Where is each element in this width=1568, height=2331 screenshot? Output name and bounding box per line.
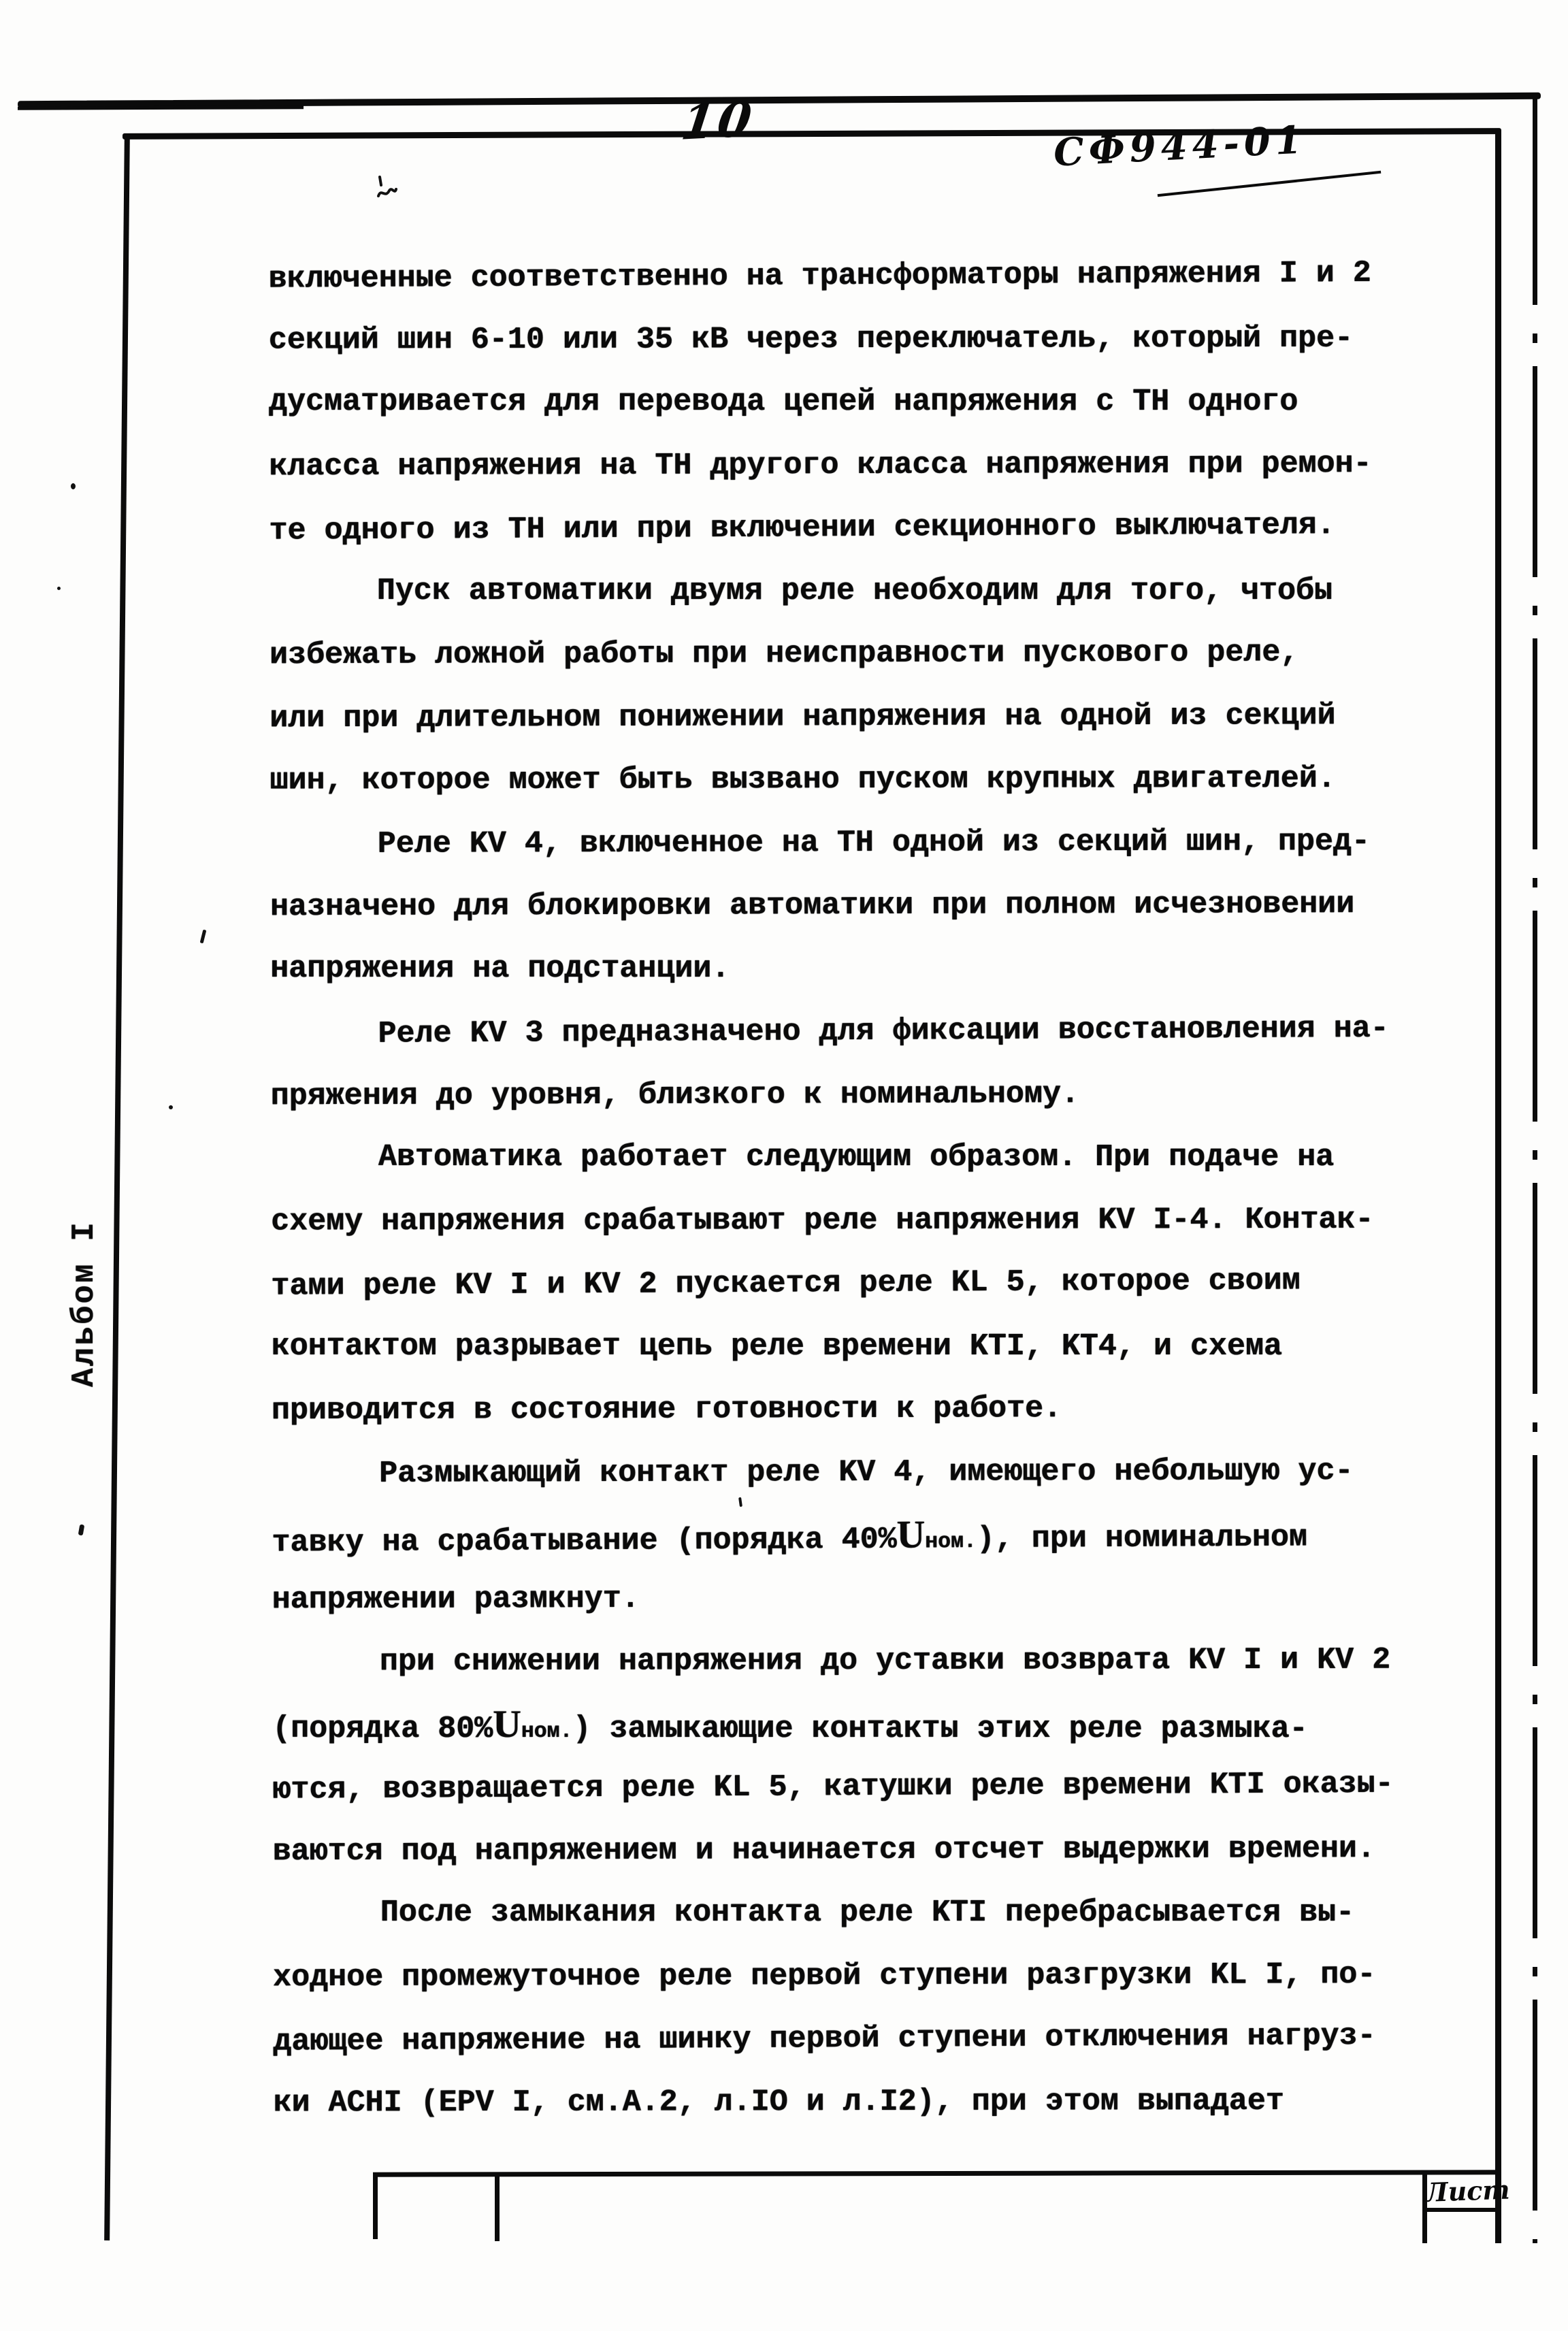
text-line: схему напряжения срабатывают реле напряж… [271, 1188, 1445, 1254]
text-line: (порядка 80%Uном.) замыкающие контакты э… [272, 1693, 1447, 1756]
scan-speck [71, 483, 76, 489]
text-line: Реле KV 3 предназначено для фиксации вос… [270, 997, 1445, 1066]
text-line: пряжения до уровня, близкого к номинальн… [271, 1062, 1445, 1128]
document-code-underline [1158, 171, 1382, 197]
text-line: дусматривается для перевода цепей напряж… [269, 371, 1443, 434]
outer-right-border-dashed [1533, 94, 1537, 2243]
text-line: напряжении размкнут. [272, 1565, 1446, 1631]
frame-right-border [1495, 131, 1501, 2243]
text-line: Реле KV 4, включенное на ТН одной из сек… [270, 810, 1445, 876]
text-line: ки АСНI (EPV I, см.А.2, л.IО и л.I2), пр… [273, 2070, 1448, 2135]
text-line: приводится в состояние готовности к рабо… [272, 1377, 1446, 1443]
outer-top-border-stub [18, 105, 304, 110]
scan-speck [57, 587, 61, 590]
text-line: Размыкающий контакт реле KV 4, имеющего … [272, 1439, 1446, 1505]
text-line: ходное промежуточное реле первой ступени… [273, 1943, 1448, 2009]
scan-speck [169, 1105, 173, 1109]
text-line: ются, возвращается реле KL 5, катушки ре… [272, 1753, 1447, 1822]
document-code: СФ944-01 [1053, 117, 1308, 175]
text-line: ваются под напряжением и начинается отсч… [272, 1817, 1447, 1883]
titleblock-divider-2 [495, 2173, 500, 2241]
ink-mark [376, 176, 399, 210]
text-line: назначено для блокировки автоматики при … [270, 873, 1445, 939]
sheet-label: Лист [1424, 2174, 1498, 2209]
text-line: тами реле KV I и KV 2 пускается реле KL … [271, 1249, 1445, 1318]
page-number: 10 [678, 91, 757, 150]
text-line: напряжения на подстанции. [270, 937, 1445, 1000]
text-block: включенные соответственно на трансформат… [268, 244, 1448, 2136]
text-line: те одного из ТН или при включении секцио… [269, 493, 1443, 563]
text-line: при снижении напряжения до уставки возвр… [272, 1629, 1447, 1694]
text-line: После замыкания контакта реле KTI перебр… [273, 1882, 1448, 1945]
text-line: дающее напряжение на шинку первой ступен… [273, 2004, 1448, 2074]
scanned-document-page: 10 СФ944-01 Альбом I включенные соответс… [0, 0, 1568, 2331]
text-line: шин, которое может быть вызвано пуском к… [269, 747, 1444, 813]
text-line: или при длительном понижении напряжения … [269, 684, 1444, 750]
text-line: Автоматика работает следующим образом. П… [271, 1126, 1445, 1190]
album-label: Альбом I [67, 1134, 120, 1387]
ink-mark-glyph [376, 176, 399, 207]
text-line: избежать ложной работы при неисправности… [269, 621, 1444, 687]
text-line: секций шин 6-10 или 35 кВ через переключ… [269, 307, 1443, 372]
scan-speck [200, 930, 207, 944]
titleblock-divider-1 [373, 2172, 378, 2239]
text-line: Пуск автоматики двумя реле необходим для… [269, 559, 1444, 623]
text-line: включенные соответственно на трансформат… [268, 242, 1443, 311]
text-line: контактом разрывает цепь реле времени KT… [272, 1315, 1446, 1378]
scan-speck [78, 1525, 85, 1536]
text-line: класса напряжения на ТН другого класса н… [269, 432, 1443, 498]
titleblock-top-border [373, 2170, 1500, 2177]
text-line: тавку на срабатывание (порядка 40%Uном.)… [272, 1501, 1446, 1570]
